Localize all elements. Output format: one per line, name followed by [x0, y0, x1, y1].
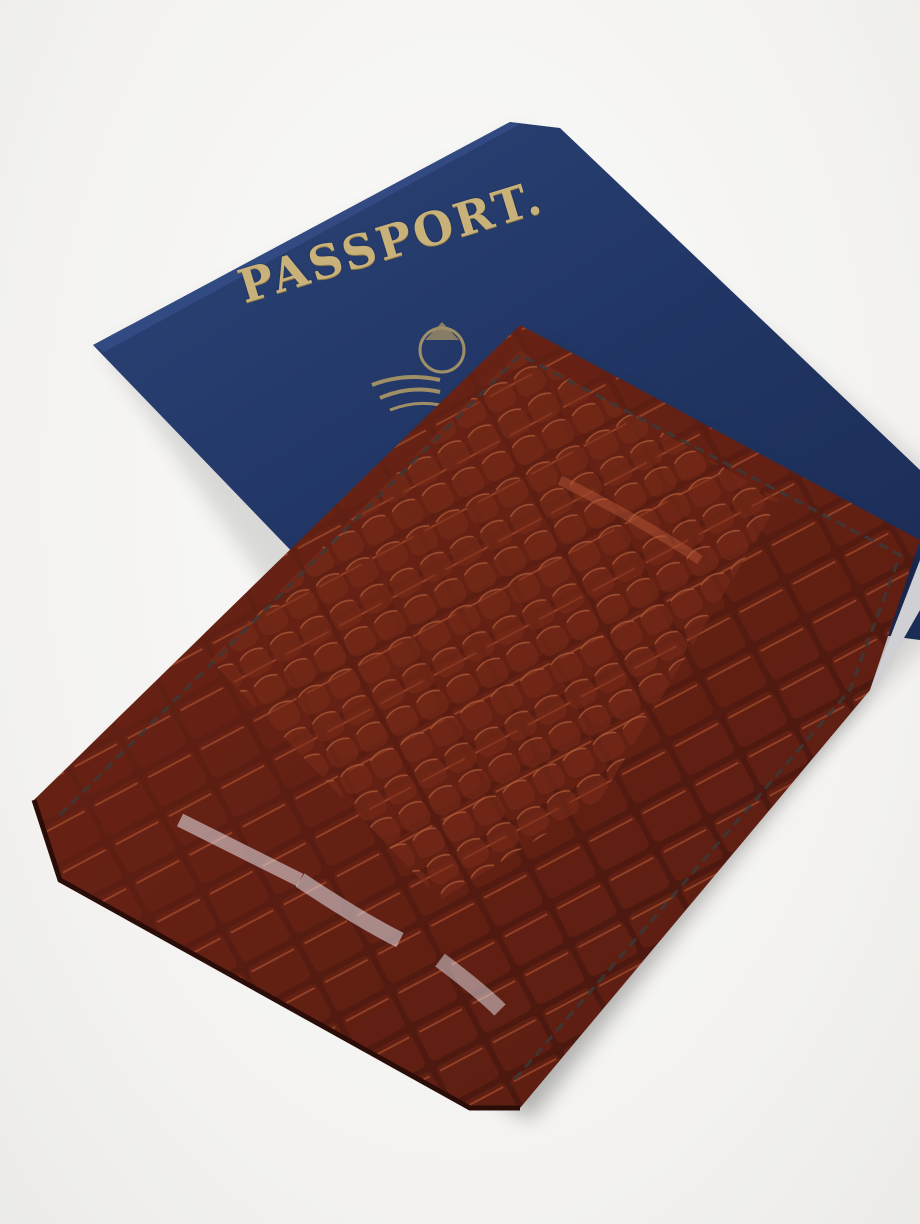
product-photo: PASSPORT.: [0, 0, 920, 1224]
photo-illustration: [0, 0, 920, 1224]
